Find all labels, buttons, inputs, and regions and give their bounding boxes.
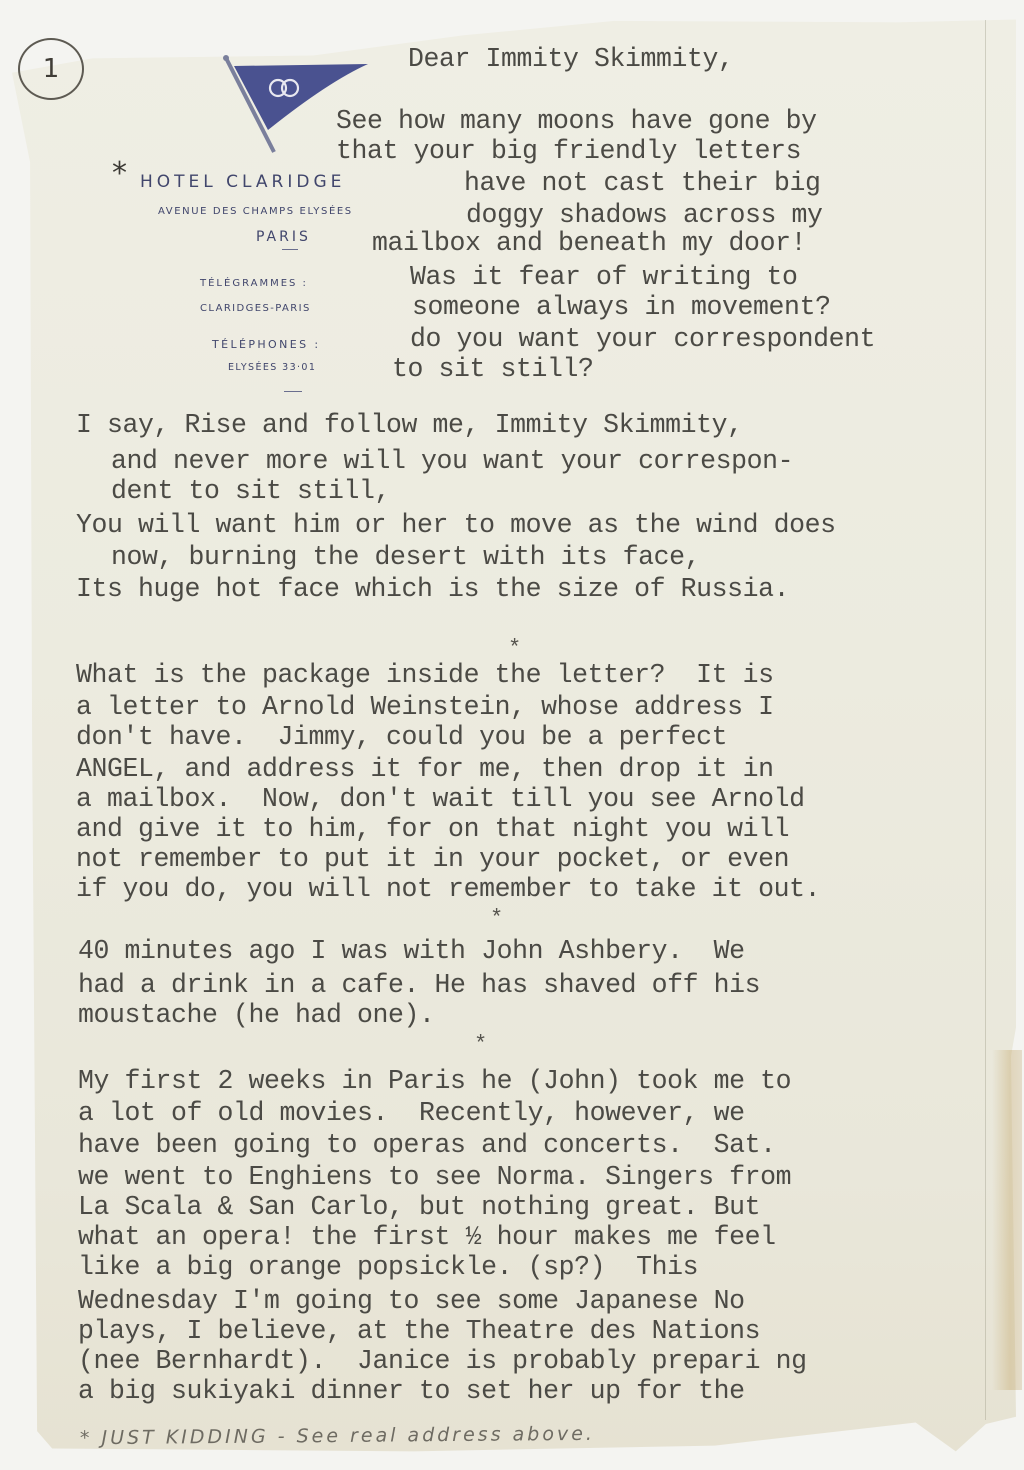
paris-line: a lot of old movies. Recently, however, … [78, 1098, 745, 1128]
letterhead-divider [284, 391, 302, 392]
poem-line: and never more will you want your corres… [80, 446, 793, 476]
intro-line: to sit still? [392, 354, 594, 384]
package-line: don't have. Jimmy, could you be a perfec… [76, 722, 727, 752]
letterhead-telegram-label: Télégrammes : [200, 278, 308, 289]
poem-line: Its huge hot face which is the size of R… [76, 574, 789, 604]
page-number-circle: 1 [18, 38, 84, 100]
package-line: What is the package inside the letter? I… [76, 660, 774, 690]
package-line: if you do, you will not remember to take… [76, 874, 820, 904]
asterisk-annotation: * [112, 156, 127, 191]
paris-line: (nee Bernhardt). Janice is probably prep… [78, 1346, 807, 1376]
handwritten-footnote: * JUST KIDDING - See real address above. [80, 1423, 595, 1449]
paper-fold [985, 20, 986, 1420]
package-line: a letter to Arnold Weinstein, whose addr… [76, 692, 774, 722]
letterhead-telegram-value: Claridges-Paris [200, 303, 311, 314]
paper-stain [992, 1050, 1022, 1390]
paris-line: plays, I believe, at the Theatre des Nat… [78, 1316, 760, 1346]
intro-line: See how many moons have gone by [336, 106, 817, 136]
letterhead-phone-value: Elysées 33·01 [228, 362, 316, 373]
paris-line: like a big orange popsickle. (sp?) This [78, 1252, 698, 1282]
intro-line: Was it fear of writing to [410, 262, 798, 292]
intro-line: doggy shadows across my [466, 200, 823, 230]
paris-line: My first 2 weeks in Paris he (John) took… [78, 1066, 791, 1096]
intro-line: have not cast their big [464, 168, 821, 198]
paris-line: what an opera! the first ½ hour makes me… [78, 1222, 776, 1252]
paris-line: a big sukiyaki dinner to set her up for … [78, 1376, 745, 1406]
letterhead-phone-label: Téléphones : [212, 338, 320, 351]
paris-line: Wednesday I'm going to see some Japanese… [78, 1286, 745, 1316]
section-separator: * [508, 636, 521, 661]
paris-line: have been going to operas and concerts. … [78, 1130, 776, 1160]
ashbery-line: had a drink in a cafe. He has shaved off… [78, 970, 760, 1000]
poem-line: I say, Rise and follow me, Immity Skimmi… [76, 410, 743, 440]
package-line: ANGEL, and address it for me, then drop … [76, 754, 774, 784]
letterhead-city: Paris [256, 229, 311, 245]
letterhead-address: Avenue des Champs Elysées [158, 206, 353, 217]
paris-line: La Scala & San Carlo, but nothing great.… [78, 1192, 760, 1222]
package-line: not remember to put it in your pocket, o… [76, 844, 789, 874]
poem-line: You will want him or her to move as the … [76, 510, 836, 540]
poem-line: dent to sit still, [80, 476, 390, 506]
ashbery-line: 40 minutes ago I was with John Ashbery. … [78, 936, 745, 966]
package-line: and give it to him, for on that night yo… [76, 814, 789, 844]
paris-line: we went to Enghiens to see Norma. Singer… [78, 1162, 791, 1192]
intro-line: mailbox and beneath my door! [372, 228, 806, 258]
poem-line: now, burning the desert with its face, [80, 542, 700, 572]
ashbery-line: moustache (he had one). [78, 1000, 435, 1030]
intro-line: do you want your correspondent [410, 324, 875, 354]
intro-line: that your big friendly letters [336, 136, 801, 166]
page-number: 1 [43, 54, 60, 84]
package-line: a mailbox. Now, don't wait till you see … [76, 784, 805, 814]
letterhead-hotel-name: Hotel Claridge [140, 172, 345, 192]
section-separator: * [490, 906, 503, 931]
section-separator: * [474, 1032, 487, 1057]
intro-line: someone always in movement? [412, 292, 831, 322]
letterhead-divider [282, 249, 298, 250]
greeting: Dear Immity Skimmity, [408, 44, 734, 74]
